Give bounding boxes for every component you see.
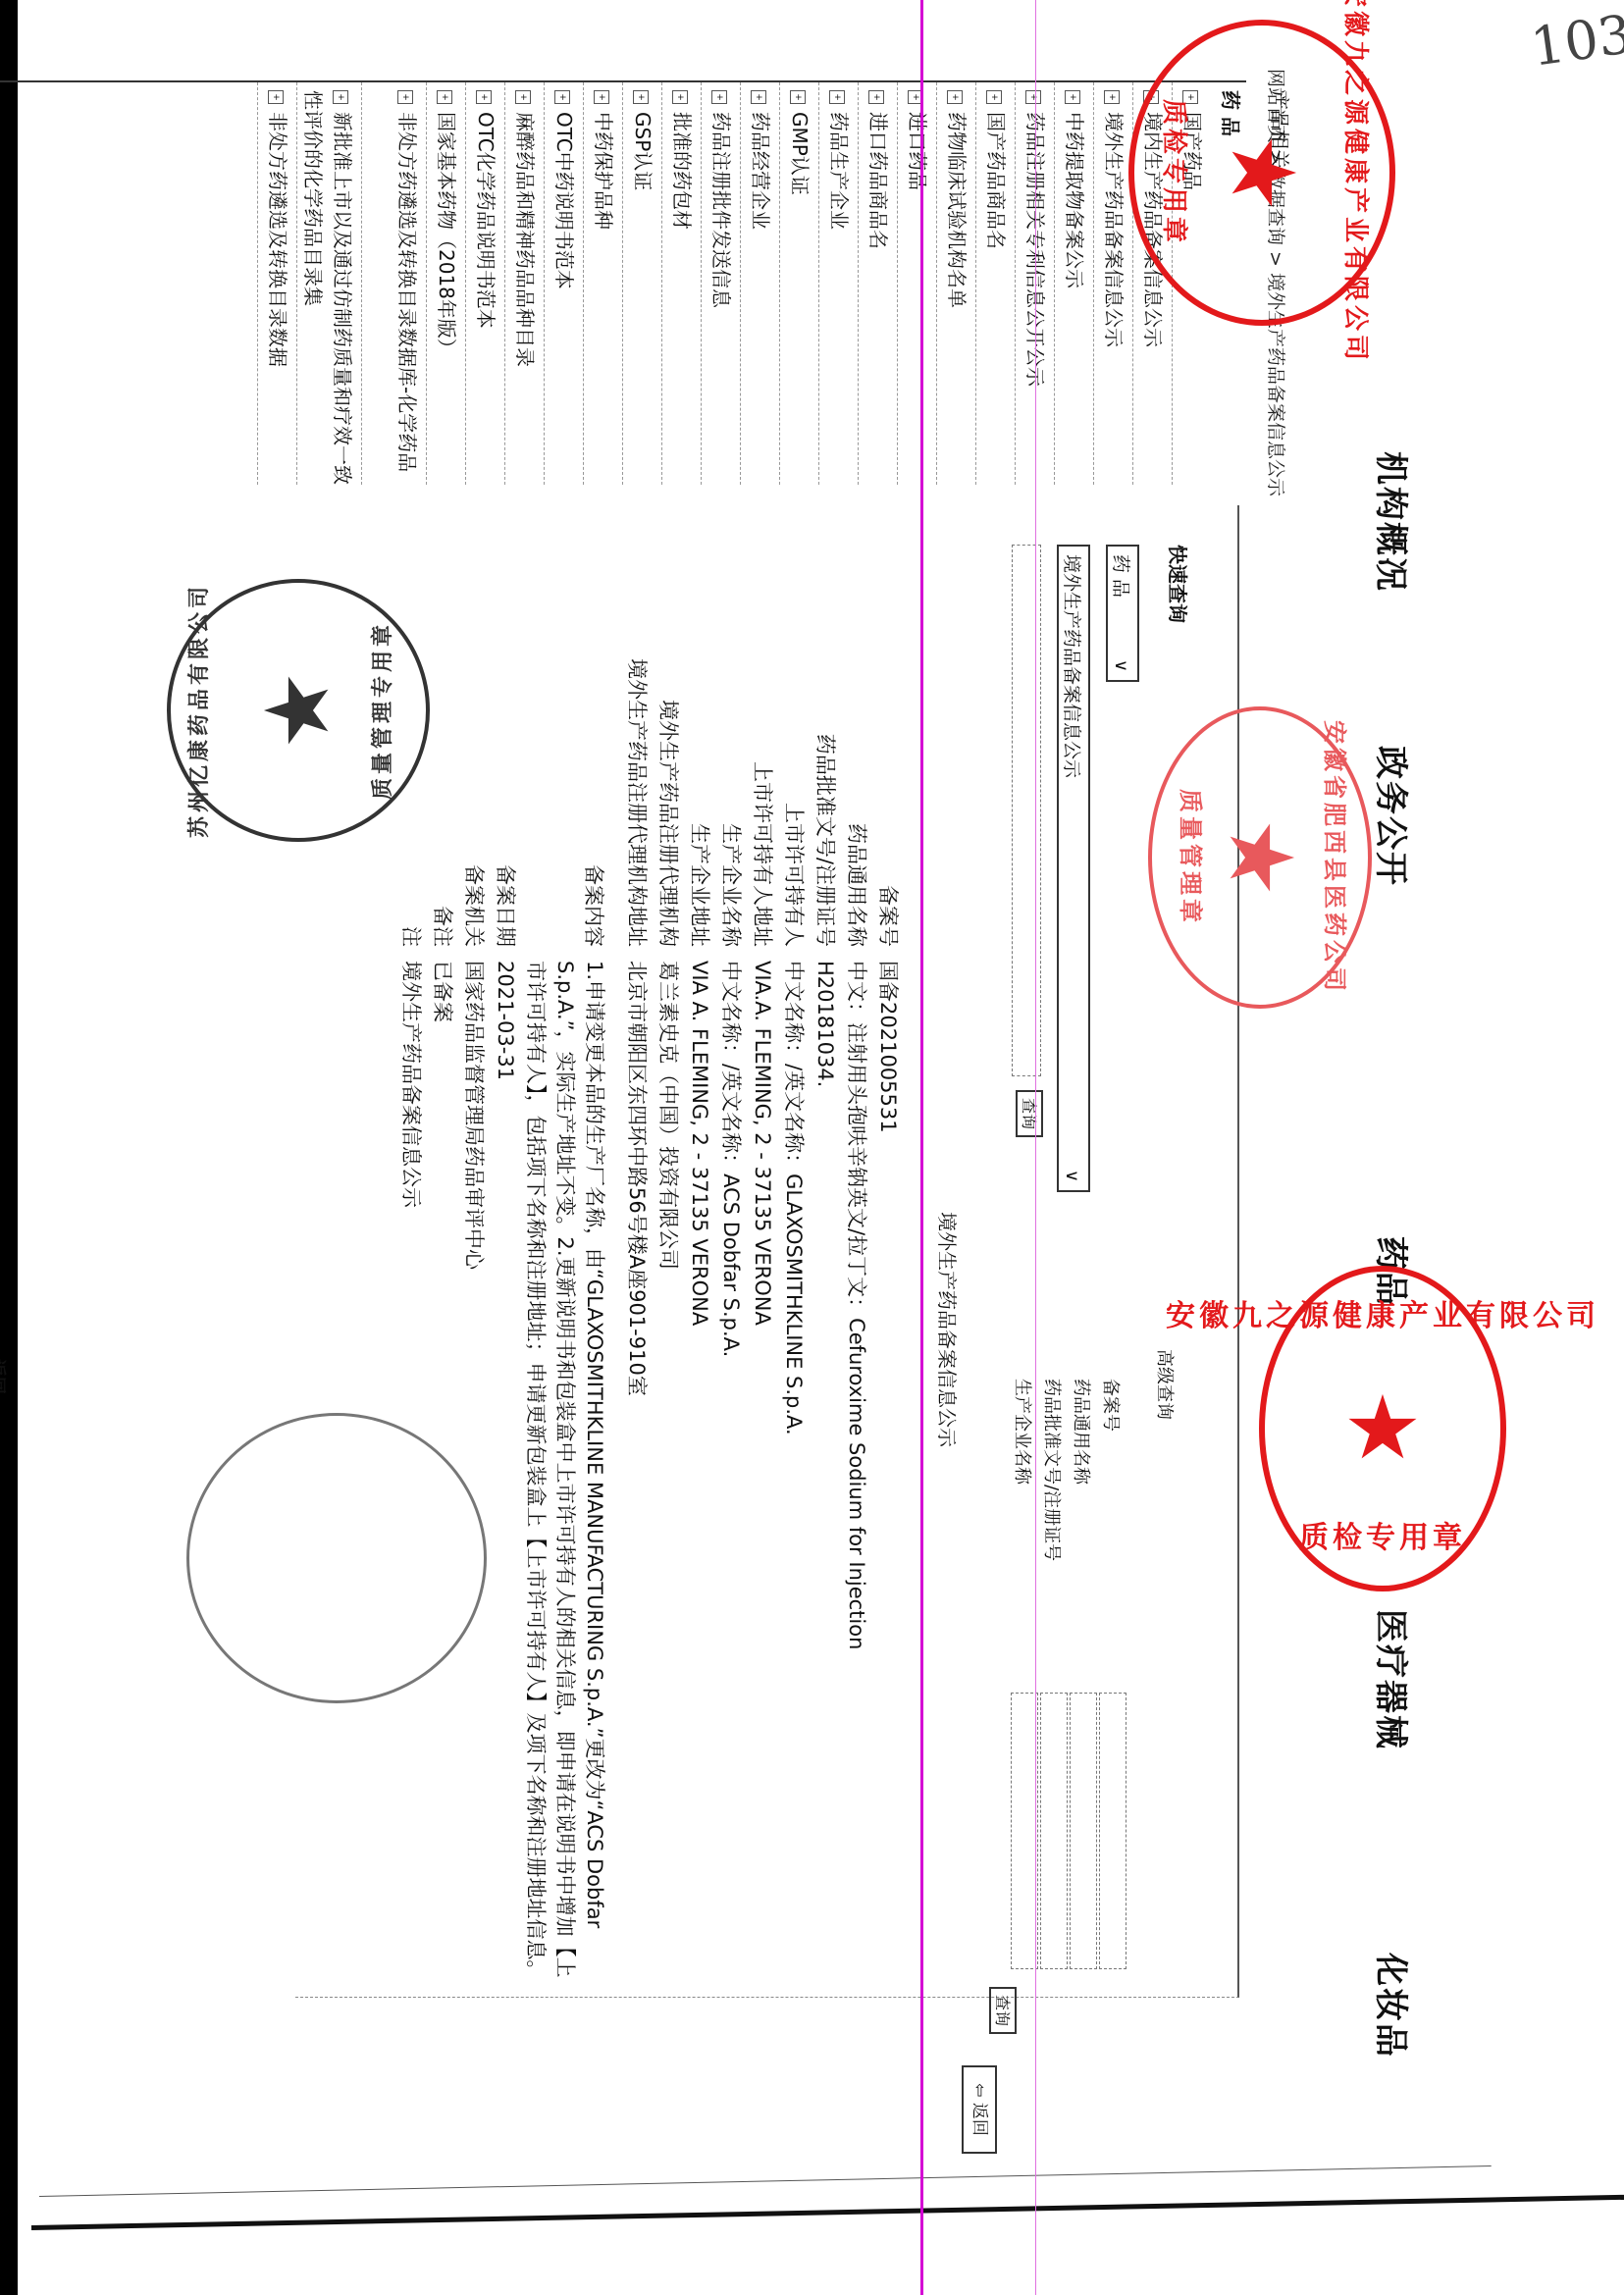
sidebar: 产品相关 药 品 +国产药品+境内生产药品备案信息公示+境外生产药品备案信息公示… [0,80,1246,485]
main-panel: 快速查询 药 品 ∨ 境外生产药品备案信息公示 ∨ 查询 高级查询 备案号 药品… [295,505,1239,1998]
seal-subtext: 质量管理专用章 [366,621,396,800]
sidebar-item-label: 进口药品商品名 [866,112,890,249]
company-seal-jiuzhiyuan: ★ 安徽九之源健康产业有限公司 质检专用章 [1128,20,1395,326]
detail-field-value: VIA.A. FLEMING, 2 - 37135 VERONA [751,961,774,1326]
sidebar-item-label: 中药保护品种 [592,112,615,230]
detail-field: 生产企业地址VIA A. FLEMING, 2 - 37135 VERONA [686,623,715,1326]
star-icon: ★ [1216,818,1304,898]
detail-field-label: 药品批准文号/注册证号 [812,623,841,947]
sidebar-item-label: 麻醉药品和精神药品品种目录 [513,112,537,367]
sidebar-item-label: 国产药品商品名 [984,112,1008,249]
quick-search-button[interactable]: 查询 [1016,1090,1043,1137]
list-bullet-icon: + [791,90,807,104]
detail-field: 备案机关国家药品监督管理局药品审评中心 [460,623,490,1270]
back-link[interactable]: 返回 [0,1359,11,1394]
detail-field-label: 备案号 [874,623,904,947]
sidebar-item-label: 国家基本药物（2018年版） [435,112,458,358]
sidebar-item[interactable]: +中药提取物备案公示 [1054,82,1089,485]
sidebar-item-label: GMP认证 [788,112,812,195]
detail-field-value: 国备2021005531 [876,961,900,1133]
sidebar-item[interactable]: +境外生产药品备案信息公示 [1093,82,1128,485]
detail-field-value: 北京市朝阳区东四环中路56号楼A座901-910室 [625,961,649,1396]
rotated-page: 机构概况 政务公开 药品 医疗器械 化妆品 网站首页 > 数据查询 > 境外生产… [0,0,1624,2295]
detail-title: 境外生产药品备案信息公示 [934,1212,963,1447]
back-arrow-icon: ⇦ [969,2083,989,2103]
seal-subtext: 质量管理章 [1176,789,1210,926]
adv-label-generic-name: 药品通用名称 [1070,1379,1095,1485]
sidebar-item[interactable]: +进口药品商品名 [858,82,893,485]
list-bullet-icon: + [595,90,610,104]
sidebar-item-label: 新批准上市以及通过仿制药质量和疗效一致性评价的化学药品目录集 [301,90,354,485]
seal-text: 安徽省肥西县医药公司 [1320,720,1354,995]
detail-field: 备案日期2021-03-31 [492,623,521,1080]
adv-label-approval-no: 药品批准文号/注册证号 [1040,1379,1066,1561]
sidebar-item[interactable]: +药物临床试验机构名单 [936,82,971,485]
back-button[interactable]: ⇦ 返回 [962,2065,997,2154]
scan-artifact-line [920,0,923,2295]
sidebar-item-label: 进口药品 [906,112,929,190]
back-button-label: 返回 [969,2103,989,2136]
sidebar-item[interactable]: +中药保护品种 [583,82,618,485]
detail-field-value: H20181034. [813,961,837,1087]
company-seal-suzhou: ★ 苏州亿康药品有限公司 质量管理专用章 [167,579,430,842]
list-bullet-icon: + [477,90,493,104]
star-icon: ★ [254,671,342,751]
detail-field-value: 国家药品监督管理局药品审评中心 [462,961,486,1270]
sidebar-item[interactable]: +批准的药包材 [661,82,697,485]
type-select-value: 境外生产药品备案信息公示 [1061,554,1082,778]
list-bullet-icon: + [1066,90,1081,104]
sidebar-item[interactable]: +药品注册批件发送信息 [701,82,736,485]
detail-field-label: 备注 [429,623,458,947]
adv-label-manufacturer: 生产企业名称 [1011,1379,1036,1485]
detail-field-label: 生产企业地址 [686,623,715,947]
adv-input-approval-no[interactable] [1040,1693,1068,1969]
list-bullet-icon: + [673,90,689,104]
detail-field: 上市许可持有人地址VIA.A. FLEMING, 2 - 37135 VERON… [749,623,778,1326]
seal-text: 苏州亿康药品有限公司 [183,583,213,838]
advanced-search-title: 高级查询 [1153,1349,1179,1420]
sidebar-item-label: 境外生产药品备案信息公示 [1102,112,1126,347]
sidebar-item-label: GSP认证 [631,112,655,190]
list-bullet-icon: + [1105,90,1121,104]
sidebar-item[interactable]: +GMP认证 [779,82,814,485]
detail-field: 上市许可持有人中文名称：/英文名称：GLAXOSMITHKLINE S.p.A. [780,623,810,1435]
list-bullet-icon: + [752,90,767,104]
company-seal-feixi: ★ 安徽省肥西县医药公司 质量管理章 [1148,706,1372,1009]
sidebar-item[interactable]: +国家基本药物（2018年版） [426,82,461,485]
list-bullet-icon: + [1026,90,1042,104]
detail-field-label: 上市许可持有人地址 [749,623,778,947]
seal-subtext: 质检专用章 [1299,1513,1466,1556]
detail-field: 生产企业名称中文名称：/英文名称：ACS Dobfar S.p.A. [717,623,747,1357]
nav-org-overview[interactable]: 机构概况 [1370,451,1418,593]
chevron-down-icon: ∨ [1055,1170,1088,1182]
nav-cosmetics[interactable]: 化妆品 [1370,1953,1418,2059]
type-select[interactable]: 境外生产药品备案信息公示 ∨ [1057,545,1090,1192]
adv-input-manufacturer[interactable] [1011,1693,1038,1969]
list-bullet-icon: + [987,90,1003,104]
list-bullet-icon: + [398,90,414,104]
detail-field-value: 1.申请变更本品的生产厂名称，由“GLAXOSMITHKLINE MANUFAC… [521,961,609,1991]
sidebar-item[interactable]: +非处方药遴选及转换目录数据 [257,82,292,485]
list-bullet-icon: + [555,90,571,104]
list-bullet-icon: + [269,90,285,104]
star-icon: ★ [1343,1384,1423,1473]
detail-field-value: 中文名称：/英文名称：ACS Dobfar S.p.A. [719,961,743,1357]
detail-field-label: 境外生产药品注册代理机构 [655,623,684,947]
sidebar-item-label: OTC中药说明书范本 [552,112,576,289]
list-bullet-icon: + [516,90,532,104]
detail-field: 境外生产药品注册代理机构地址北京市朝阳区东四环中路56号楼A座901-910室 [623,623,653,1396]
sidebar-item[interactable]: +麻醉药品和精神药品品种目录 [504,82,540,485]
detail-field-label: 备案内容 [580,623,609,947]
detail-field-label: 上市许可持有人 [780,623,810,947]
detail-field-value: 已备案 [431,961,454,1022]
star-icon: ★ [1218,133,1306,213]
list-bullet-icon: + [869,90,885,104]
detail-field: 备注已备案 [429,623,458,1022]
detail-field-value: 中文名称：/英文名称：GLAXOSMITHKLINE S.p.A. [782,961,806,1435]
detail-field-label: 生产企业名称 [717,623,747,947]
detail-field-label: 备案机关 [460,623,490,947]
detail-field-value: 葛兰素史克（中国）投资有限公司 [656,961,680,1270]
sidebar-item[interactable]: +药品生产企业 [818,82,854,485]
sidebar-item-label: 药品经营企业 [749,112,772,230]
sidebar-item-label: 药品注册批件发送信息 [709,112,733,308]
seal-text: 安徽九之源健康产业有限公司 [1166,1291,1599,1334]
category-select-value: 药 品 [1110,554,1131,598]
nav-medical-devices[interactable]: 医疗器械 [1370,1609,1418,1750]
sidebar-item-label: 批准的药包材 [670,112,694,230]
sidebar-item[interactable]: +OTC化学药品说明书范本 [465,82,500,485]
list-bullet-icon: + [634,90,650,104]
seal-subtext: 质检专用章 [1158,99,1194,246]
category-select[interactable]: 药 品 ∨ [1106,545,1139,682]
detail-field-label: 药品通用名称 [843,623,872,947]
sidebar-item[interactable]: +药品注册相关专利信息公开公示 [1015,82,1050,485]
detail-field: 药品批准文号/注册证号H20181034. [812,623,841,1087]
nav-gov-affairs[interactable]: 政务公开 [1370,746,1418,887]
sidebar-item[interactable]: +国产药品商品名 [975,82,1011,485]
list-bullet-icon: + [712,90,728,104]
sidebar-item-label: 药物临床试验机构名单 [945,112,969,308]
detail-field-value: 中文：注射用头孢呋辛钠英文/拉丁文：Cefuroxime Sodium for … [845,961,868,1649]
sidebar-item-label: 中药提取物备案公示 [1063,112,1086,288]
detail-field-label: 境外生产药品注册代理机构地址 [623,623,653,947]
scan-artifact-line [1035,0,1036,2295]
sidebar-item-label: 药品生产企业 [827,112,851,230]
sidebar-item-label: 非处方药遴选及转换目录数据库-化学药品 [395,112,419,472]
detail-field-value: 境外生产药品备案信息公示 [399,961,423,1208]
advanced-search-button[interactable]: 查询 [989,1987,1017,2034]
company-seal-red: ★ 安徽九之源健康产业有限公司 质检专用章 [1259,1266,1506,1591]
adv-label-record-no: 备案号 [1099,1379,1125,1432]
list-bullet-icon: + [438,90,453,104]
detail-field-value: VIA A. FLEMING, 2 - 37135 VERONA [688,961,711,1326]
quick-search-input[interactable] [1012,545,1041,1076]
sidebar-item[interactable]: +GSP认证 [622,82,657,485]
detail-field: 备案内容1.申请变更本品的生产厂名称，由“GLAXOSMITHKLINE MAN… [521,623,609,1991]
sidebar-item[interactable]: +新批准上市以及通过仿制药质量和疗效一致性评价的化学药品目录集 [296,82,357,485]
sidebar-item[interactable]: +OTC中药说明书范本 [544,82,579,485]
quick-search-title: 快速查询 [1165,545,1193,623]
faded-seal [186,1413,487,1703]
adv-input-record-no[interactable] [1099,1693,1126,1969]
sidebar-item-label: OTC化学药品说明书范本 [474,112,498,329]
detail-field: 药品通用名称中文：注射用头孢呋辛钠英文/拉丁文：Cefuroxime Sodiu… [843,623,872,1649]
detail-field: 境外生产药品注册代理机构葛兰素史克（中国）投资有限公司 [655,623,684,1270]
detail-field-value: 2021-03-31 [494,961,517,1080]
sidebar-item[interactable]: +进口药品 [897,82,932,485]
sidebar-item[interactable]: +药品经营企业 [740,82,775,485]
seal-text: 安徽九之源健康产业有限公司 [1339,0,1376,364]
list-bullet-icon: + [948,90,964,104]
adv-input-generic-name[interactable] [1070,1693,1097,1969]
chevron-down-icon: ∨ [1104,659,1137,672]
detail-field-label: 备案日期 [492,623,521,947]
detail-field: 备案号国备2021005531 [874,623,904,1133]
sidebar-item[interactable]: +非处方药遴选及转换目录数据库-化学药品 [361,82,422,485]
list-bullet-icon: + [334,90,349,104]
list-bullet-icon: + [830,90,846,104]
sidebar-item-label: 非处方药遴选及转换目录数据 [266,112,289,367]
